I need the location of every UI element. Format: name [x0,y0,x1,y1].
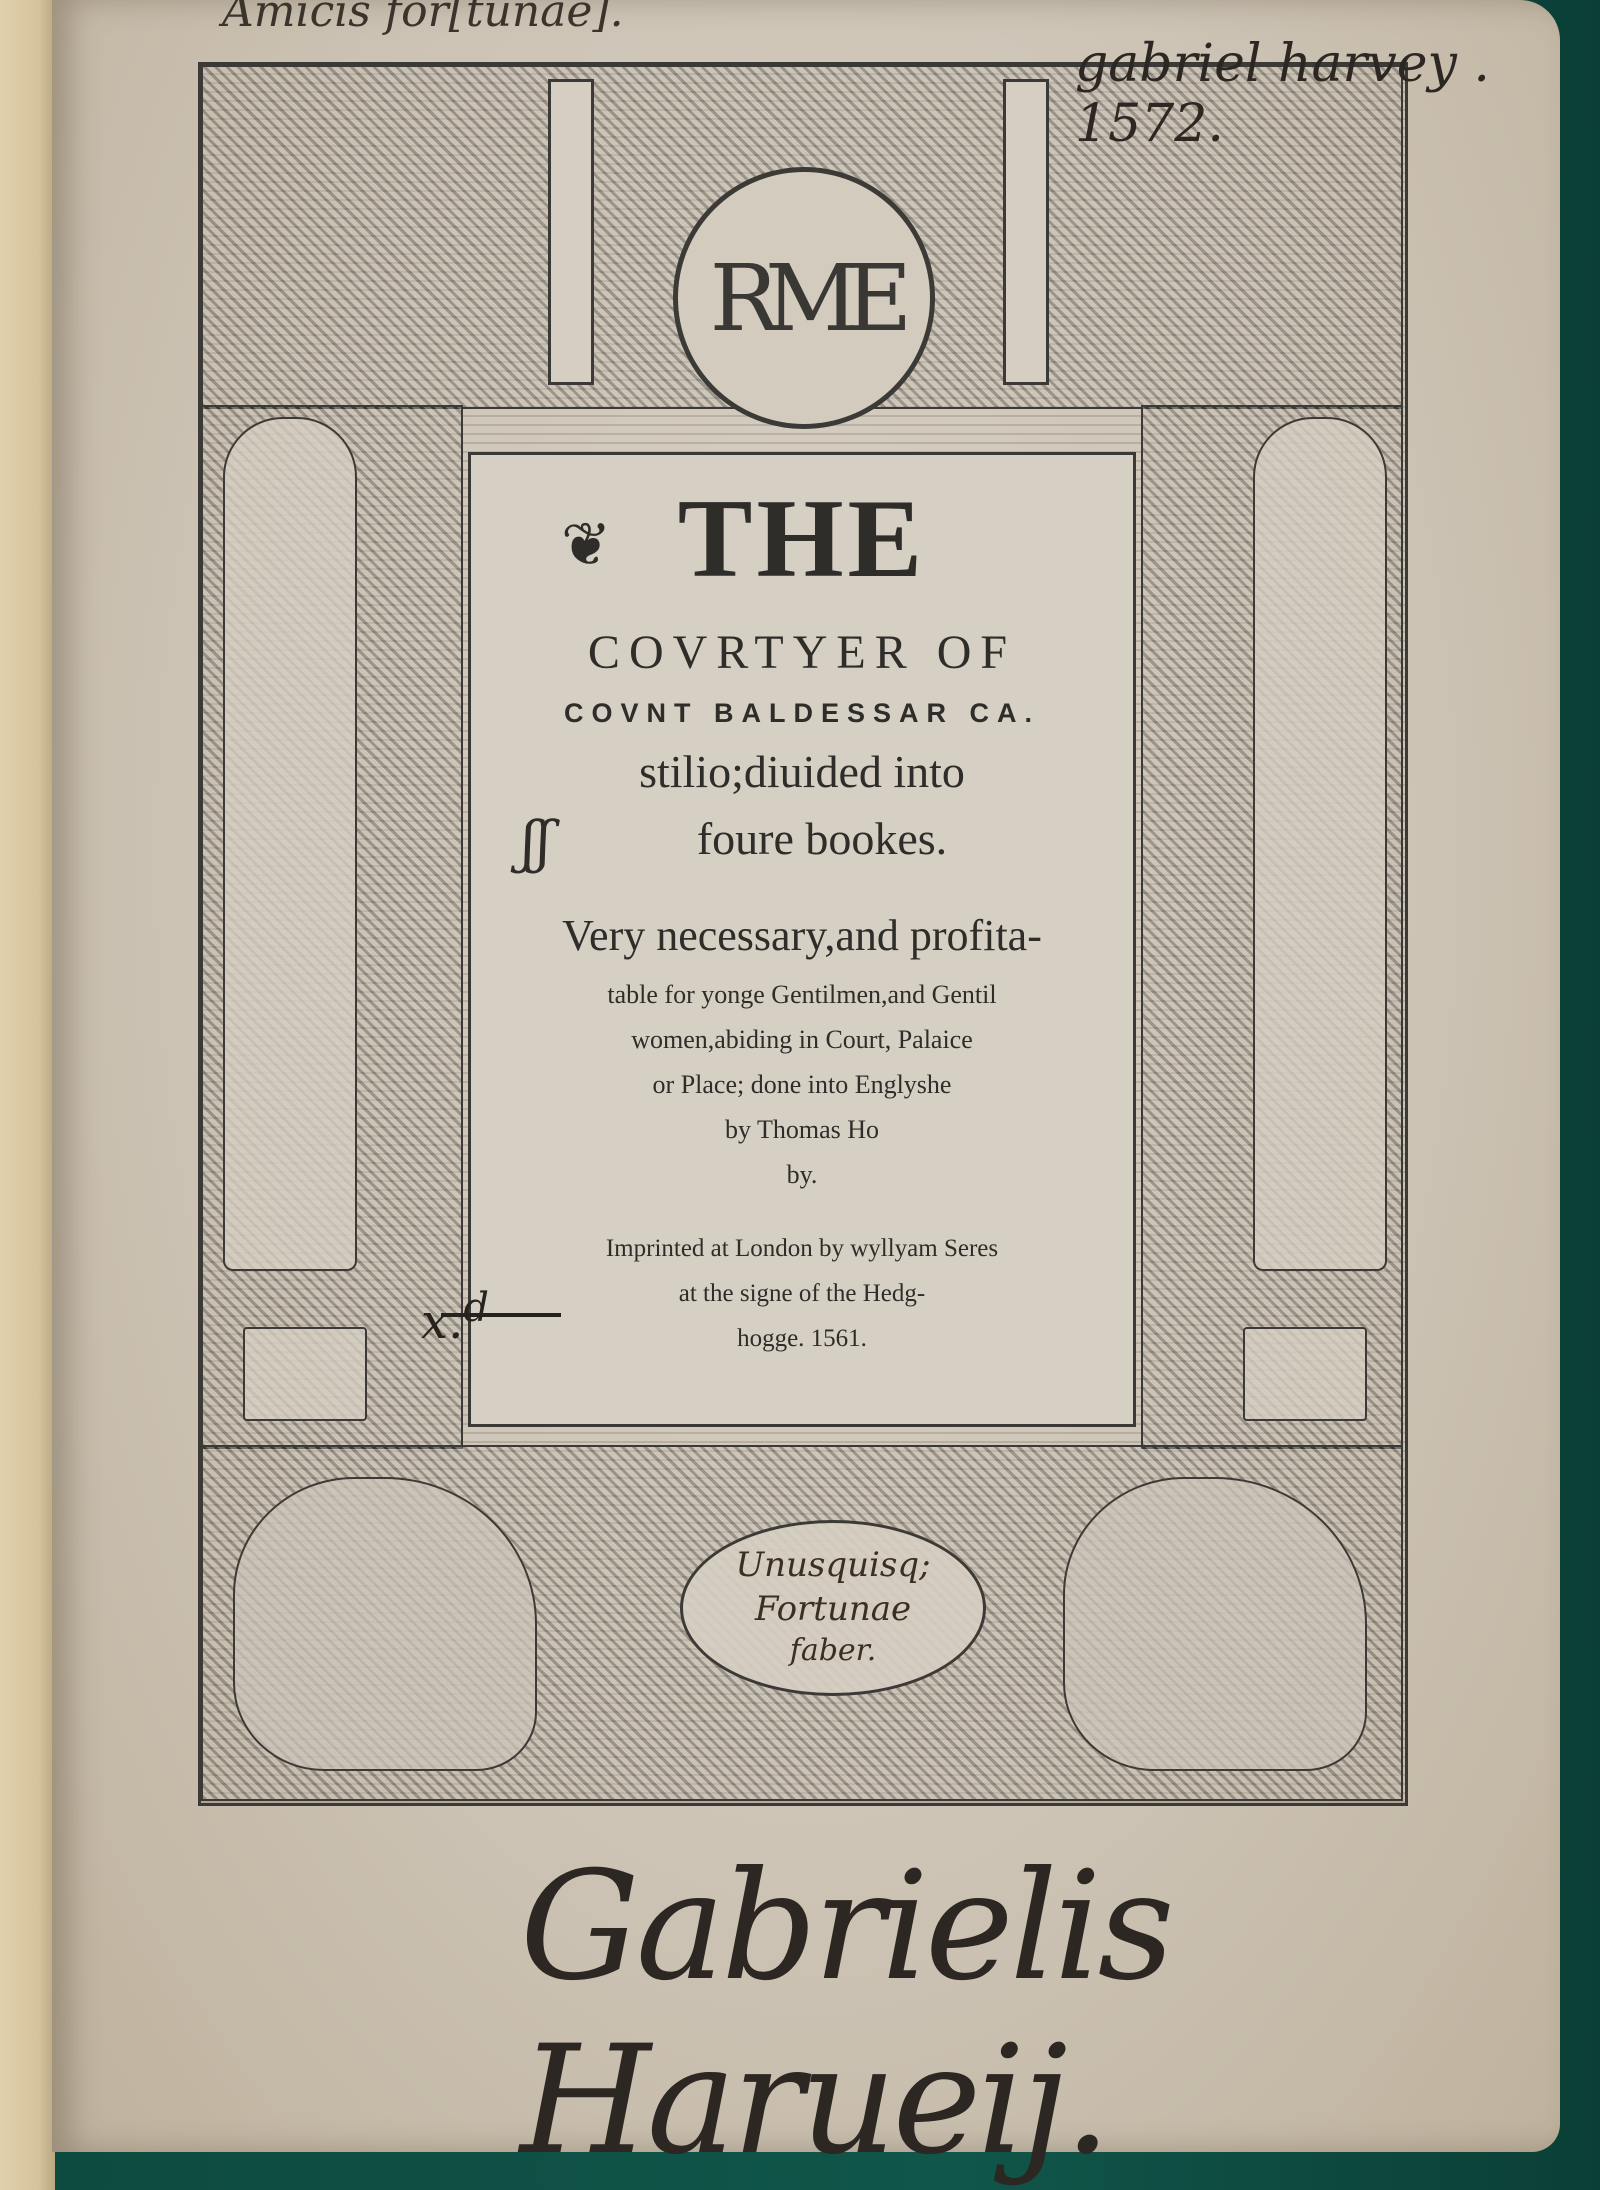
translator-line: by Thomas Ho [471,1115,1133,1145]
manuscript-motto-cartouche: Unusquisq; Fortunae faber. [680,1520,986,1696]
manuscript-harvey-signature-top: gabriel harvey . 1572. [1075,34,1560,154]
imprint-line-3: hogge. 1561. [471,1325,1133,1353]
lion-right [1063,1477,1367,1771]
price-superscript: d [463,1285,489,1331]
motto-line-3: faber. [683,1633,983,1668]
motto-line-2: Fortunae [683,1589,983,1629]
subtitle-line-2: table for yonge Gentilmen,and Gentil [471,980,1133,1010]
title-courtyer: COVRTYER OF [471,625,1133,680]
manuscript-price-mark: x.d [421,1285,489,1350]
imprint-line-1: Imprinted at London by wyllyam Seres [471,1235,1133,1263]
title-foure-bookes: foure bookes. [471,812,1133,865]
manuscript-top-left-note: Amicis for[tunae]. [222,0,624,37]
title-the: THE [471,475,1133,604]
woodcut-pillar-left [548,79,594,385]
imprint-line-2: at the signe of the Hedg- [471,1280,1133,1308]
woodcut-right-column [1141,405,1403,1449]
male-caryatid-figure [223,417,357,1271]
title-page: Amicis for[tunae]. RME ❦ THE COVRTYER OF… [52,0,1560,2152]
price-value: x. [421,1294,463,1350]
woodcut-pillar-right [1003,79,1049,385]
subtitle-line-3: women,abiding in Court, Palaice [471,1025,1133,1055]
subtitle-line-4: or Place; done into Englyshe [471,1070,1133,1100]
binding-endpaper [0,0,55,2190]
lion-left [233,1477,537,1771]
right-corner-block [1243,1327,1367,1421]
title-stilio: stilio;diuided into [471,745,1133,798]
female-caryatid-figure [1253,417,1387,1271]
printer-monogram-medallion: RME [673,167,935,429]
translator-line-2: by. [471,1160,1133,1190]
title-count: COVNT BALDESSAR CA. [471,698,1133,729]
manuscript-harvey-signature-bottom: Gabrielis Harueij. [520,1840,1560,2188]
title-text-panel: ❦ THE COVRTYER OF COVNT BALDESSAR CA. st… [468,452,1136,1427]
motto-line-1: Unusquisq; [683,1545,983,1585]
left-corner-block [243,1327,367,1421]
subtitle-very-necessary: Very necessary,and profita- [471,910,1133,961]
